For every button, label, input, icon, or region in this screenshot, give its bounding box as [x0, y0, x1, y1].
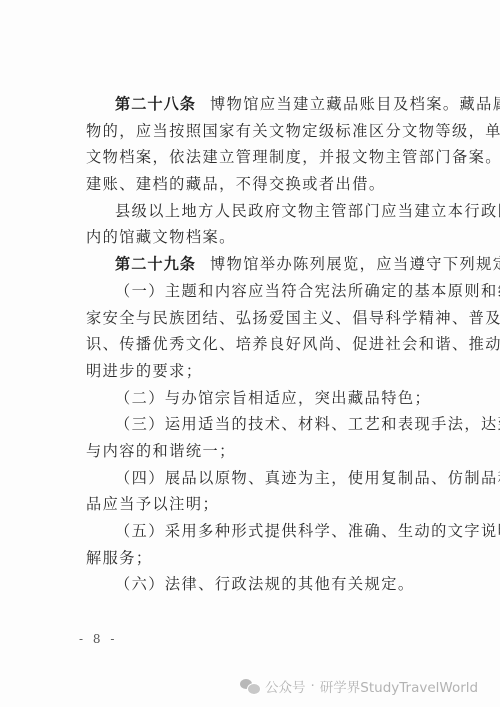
watermark: 公众号 · 研学界StudyTravelWorld — [240, 676, 478, 696]
text-line: 品应当予以注明； — [86, 491, 434, 518]
article-29-heading: 第二十九条 — [115, 255, 196, 273]
text-line: 识、传播优秀文化、培养良好风尚、促进社会和谐、推动社会文 — [86, 331, 434, 358]
document-body: 第二十八条博物馆应当建立藏品账目及档案。藏品属于文 物的，应当按照国家有关文物定… — [86, 91, 434, 598]
text-line: 与内容的和谐统一； — [86, 438, 434, 465]
text-line: 解服务； — [86, 545, 434, 572]
clause-5-line: （五）采用多种形式提供科学、准确、生动的文字说明和讲 — [86, 518, 434, 545]
document-page: 第二十八条博物馆应当建立藏品账目及档案。藏品属于文 物的，应当按照国家有关文物定… — [0, 0, 500, 707]
clause-3-line: （三）运用适当的技术、材料、工艺和表现手法，达到形式 — [86, 411, 434, 438]
clause-1-line: （一）主题和内容应当符合宪法所确定的基本原则和维护国 — [86, 278, 434, 305]
watermark-account: 研学界StudyTravelWorld — [320, 676, 478, 696]
line-text: 博物馆应当建立藏品账目及档案。藏品属于文 — [210, 95, 500, 113]
clause-6-line: （六）法律、行政法规的其他有关规定。 — [86, 571, 434, 598]
article-28-heading: 第二十八条 — [115, 95, 196, 113]
text-line: 县级以上地方人民政府文物主管部门应当建立本行政区域 — [86, 198, 434, 225]
watermark-prefix: 公众号 — [265, 676, 306, 696]
text-line: 建账、建档的藏品，不得交换或者出借。 — [86, 171, 434, 198]
text-line: 明进步的要求； — [86, 358, 434, 385]
page-number: - 8 - — [79, 632, 117, 646]
article-28-line-1: 第二十八条博物馆应当建立藏品账目及档案。藏品属于文 — [86, 91, 434, 118]
text-line: 物的，应当按照国家有关文物定级标准区分文物等级，单独设置 — [86, 118, 434, 145]
watermark-separator: · — [311, 678, 315, 694]
article-29-line-1: 第二十九条博物馆举办陈列展览，应当遵守下列规定： — [86, 251, 434, 278]
clause-4-line: （四）展品以原物、真迹为主，使用复制品、仿制品和替代 — [86, 465, 434, 492]
text-line: 家安全与民族团结、弘扬爱国主义、倡导科学精神、普及科学知 — [86, 305, 434, 332]
wechat-icon — [240, 678, 260, 694]
text-line: 文物档案，依法建立管理制度，并报文物主管部门备案。未依法 — [86, 144, 434, 171]
text-line: 内的馆藏文物档案。 — [86, 224, 434, 251]
line-text: 博物馆举办陈列展览，应当遵守下列规定： — [210, 255, 500, 273]
clause-2-line: （二）与办馆宗旨相适应，突出藏品特色； — [86, 385, 434, 412]
